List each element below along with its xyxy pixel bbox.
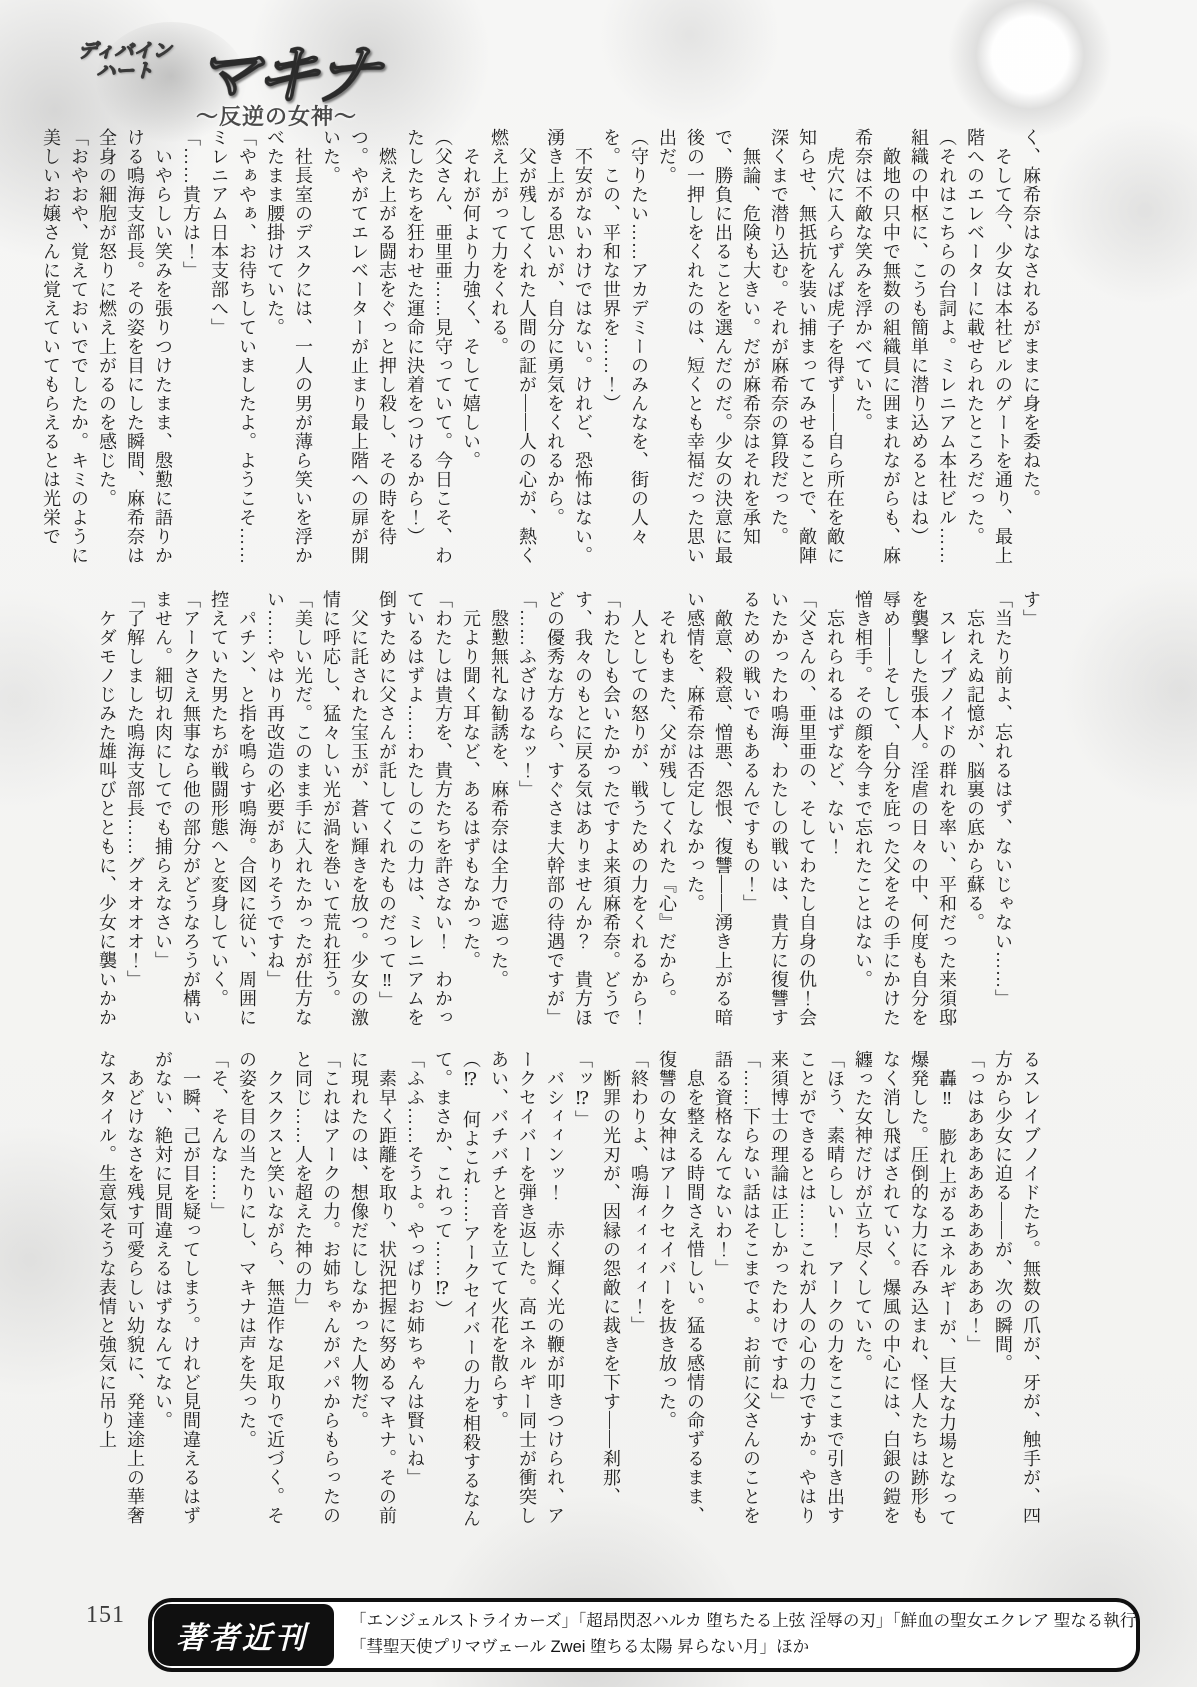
paragraph: 「そ、そんな……」	[205, 1050, 233, 1530]
book-titles-line1: 「エンジェルストライカーズ」「超昂閃忍ハルカ 堕ちたる上弦 淫辱の刃」「鮮血の聖…	[350, 1609, 1140, 1635]
paragraph: それもまた、父が残してくれた『心』だから。	[653, 590, 681, 1042]
novel-page: ディバイン ハート マキナ ～反逆の女神～ く、麻希奈はなされるがままに身を委ね…	[0, 0, 1197, 1687]
paragraph: 断罪の光刃が、因縁の怨敵に裁きを下す――刹那、	[597, 1050, 625, 1530]
paragraph: 敵意、殺意、憎悪、怨恨、復讐――湧き上がる暗い感情を、麻希奈は否定しなかった。	[681, 590, 737, 1042]
paragraph: く、麻希奈はなされるがままに身を委ねた。	[1017, 128, 1045, 570]
paragraph: 慇懃無礼な勧誘を、麻希奈は全力で遮った。	[485, 590, 513, 1042]
paragraph: 「……ふざけるなッ！」	[513, 590, 541, 1042]
paragraph: るスレイブノイドたち。無数の爪が、牙が、触手が、四方から少女に迫る――が、次の瞬…	[989, 1050, 1045, 1530]
paragraph: 敵地の只中で無数の組織員に囲まれながらも、麻希奈は不敵な笑みを浮かべていた。	[849, 128, 905, 570]
paragraph: 「父さんの、亜里亜の、そしてわたし自身の仇！会いたかったわ鳴海、わたしの戦いは、…	[737, 590, 821, 1042]
text-block-middle: す」「当たり前よ、忘れるはず、ないじゃない……」 忘れえぬ記憶が、脳裏の底から蘇…	[93, 590, 1045, 1042]
paragraph: そして今、少女は本社ビルのゲートを通り、最上階へのエレベーターに載せられたところ…	[961, 128, 1017, 570]
paragraph: （守りたい……アカデミーのみんなを、街の人々を。この、平和な世界を……！）	[597, 128, 653, 570]
paragraph: （父さん、亜里亜……見守っていて。今日こそ、わたしたちを狂わせた運命に決着をつけ…	[401, 128, 457, 570]
paragraph: 「……貴方は！」	[177, 128, 205, 570]
paragraph: 忘れえぬ記憶が、脳裏の底から蘇る。	[961, 590, 989, 1042]
paragraph: 「了解しました鳴海支部長……グオオオオ！」	[121, 590, 149, 1042]
series-name: ディバイン ハート	[78, 42, 171, 82]
paragraph: 不安がないわけではない。けれど、恐怖はない。湧き上がる思いが、自分に勇気をくれる…	[541, 128, 597, 570]
paragraph: 「わたしも会いたかったですよ来須麻希奈。どうです、我々のもとに戻る気はありません…	[541, 590, 625, 1042]
paragraph: 素早く距離を取り、状況把握に努めるマキナ。その前に現れたのは、想像だにしなかった…	[345, 1050, 401, 1530]
paragraph: 「おやおや、覚えておいででしたか。キミのように美しいお嬢さんに覚えていてもらえる…	[37, 128, 93, 570]
series-logo: ディバイン ハート マキナ ～反逆の女神～	[78, 16, 418, 136]
paragraph: 「ふふ……そうよ。やっぱりお姉ちゃんは賢いね」	[401, 1050, 429, 1530]
paragraph: 「終わりよ、鳴海ィィィィィ！」	[625, 1050, 653, 1530]
paragraph: バシィィンッ！ 赤く輝く光の鞭が叩きつけられ、アークセイバーを弾き返した。高エネ…	[485, 1050, 569, 1530]
paragraph: 元より聞く耳など、あるはずもなかった。	[457, 590, 485, 1042]
paragraph: 「やぁやぁ、お待ちしていましたよ。ようこそ……ミレニアム日本支部へ」	[205, 128, 261, 570]
paragraph: あどけなさを残す可愛らしい幼貌に、発達途上の華奢なスタイル。生意気そうな表情と強…	[93, 1050, 149, 1530]
title-subtitle: ～反逆の女神～	[196, 100, 357, 131]
paragraph: 「アークさえ無事なら他の部分がどうなろうが構いません。細切れ肉にしてでも捕らえな…	[149, 590, 205, 1042]
text-block-bottom: るスレイブノイドたち。無数の爪が、牙が、触手が、四方から少女に迫る――が、次の瞬…	[93, 1050, 1045, 1530]
paragraph: それが何より力強く、そして嬉しい。	[457, 128, 485, 570]
paragraph: 父に託された宝玉が、蒼い輝きを放つ。少女の激情に呼応し、猛々しい光が渦を巻いて荒…	[317, 590, 373, 1042]
footer-bar: 著者近刊 「エンジェルストライカーズ」「超昂閃忍ハルカ 堕ちたる上弦 淫辱の刃」…	[148, 1598, 1140, 1672]
paragraph: 人としての怒りが、戦うための力をくれるから！	[625, 590, 653, 1042]
paragraph: 無論、危険も大きい。だが麻希奈はそれを承知で、勝負に出ることを選んだのだ。少女の…	[653, 128, 765, 570]
paragraph: 「ッ⁉」	[569, 1050, 597, 1530]
paragraph: 一瞬、己が目を疑ってしまう。けれど見間違えるはずがない、絶対に見間違えるはずなん…	[149, 1050, 205, 1530]
page-number: 151	[86, 1602, 125, 1629]
paragraph: 轟‼ 膨れ上がるエネルギーが、巨大な力場となって爆発した。圧倒的な力に呑み込まれ…	[849, 1050, 961, 1530]
paragraph: 息を整える時間さえ惜しい。猛る感情の命ずるまま、復讐の女神はアークセイバーを抜き…	[653, 1050, 709, 1530]
paragraph: ケダモノじみた雄叫びとともに、少女に襲いかか	[93, 590, 121, 1042]
book-titles: 「エンジェルストライカーズ」「超昂閃忍ハルカ 堕ちたる上弦 淫辱の刃」「鮮血の聖…	[336, 1609, 1140, 1660]
paragraph: 「美しい光だ。このまま手に入れたかったが仕方ない……やはり再改造の必要がありそう…	[261, 590, 317, 1042]
paragraph: 「これはアークの力。お姉ちゃんがパパからもらったのと同じ……人を超えた神の力」	[289, 1050, 345, 1530]
book-titles-line2: 「彗聖天使プリマヴェール Zwei 堕ちる太陽 昇らない月」ほか	[350, 1635, 1140, 1661]
paragraph: 「っはあああああああああああ！」	[961, 1050, 989, 1530]
paragraph: 虎穴に入らずんば虎子を得ず――自ら所在を敵に知らせ、無抵抗を装い捕まってみせるこ…	[765, 128, 849, 570]
paragraph: 「ほう、素晴らしい！ アークの力をここまで引き出すことができるとは……これが人の…	[765, 1050, 849, 1530]
series-name-line1: ディバイン	[78, 42, 171, 62]
paragraph: 父が残してくれた人間の証が――人の心が、熱く燃え上がって力をくれる。	[485, 128, 541, 570]
paragraph: 「わたしは貴方を、貴方たちを許さない！ わかっているはずよ……わたしのこの力は、…	[373, 590, 457, 1042]
paragraph: パチン、と指を鳴らす鳴海。合図に従い、周囲に控えていた男たちが戦闘形態へと変身し…	[205, 590, 261, 1042]
paragraph: 「……下らない話はそこまでよ。お前に父さんのことを語る資格なんてないわ！」	[709, 1050, 765, 1530]
paragraph: す」	[1017, 590, 1045, 1042]
paragraph: 社長室のデスクには、一人の男が薄ら笑いを浮かべたまま腰掛けていた。	[261, 128, 317, 570]
paragraph: （それはこちらの台詞よ。ミレニアム本社ビル……組織の中枢に、こうも簡単に潜り込め…	[905, 128, 961, 570]
paragraph: いやらしい笑みを張りつけたまま、慇懃に語りかける鳴海支部長。その姿を目にした瞬間…	[93, 128, 177, 570]
paragraph: （⁉ 何よこれ……アークセイバーの力を相殺するなんて。まさか、これって……⁉）	[429, 1050, 485, 1530]
paragraph: 燃え上がる闘志をぐっと押し殺し、その時を待つ。やがてエレベーターが止まり最上階へ…	[317, 128, 401, 570]
text-block-top: く、麻希奈はなされるがままに身を委ねた。 そして今、少女は本社ビルのゲートを通り…	[37, 128, 1045, 570]
paragraph: 「当たり前よ、忘れるはず、ないじゃない……」	[989, 590, 1017, 1042]
paragraph: クスクスと笑いながら、無造作な足取りで近づく。その姿を目の当たりにし、マキナは声…	[233, 1050, 289, 1530]
author-recent-works-label: 著者近刊	[154, 1604, 334, 1666]
paragraph: スレイブノイドの群れを率い、平和だった来須邸を襲撃した張本人。淫虐の日々の中、何…	[849, 590, 961, 1042]
paragraph: 忘れられるはずなど、ない！	[821, 590, 849, 1042]
series-name-line2: ハート	[78, 62, 171, 82]
